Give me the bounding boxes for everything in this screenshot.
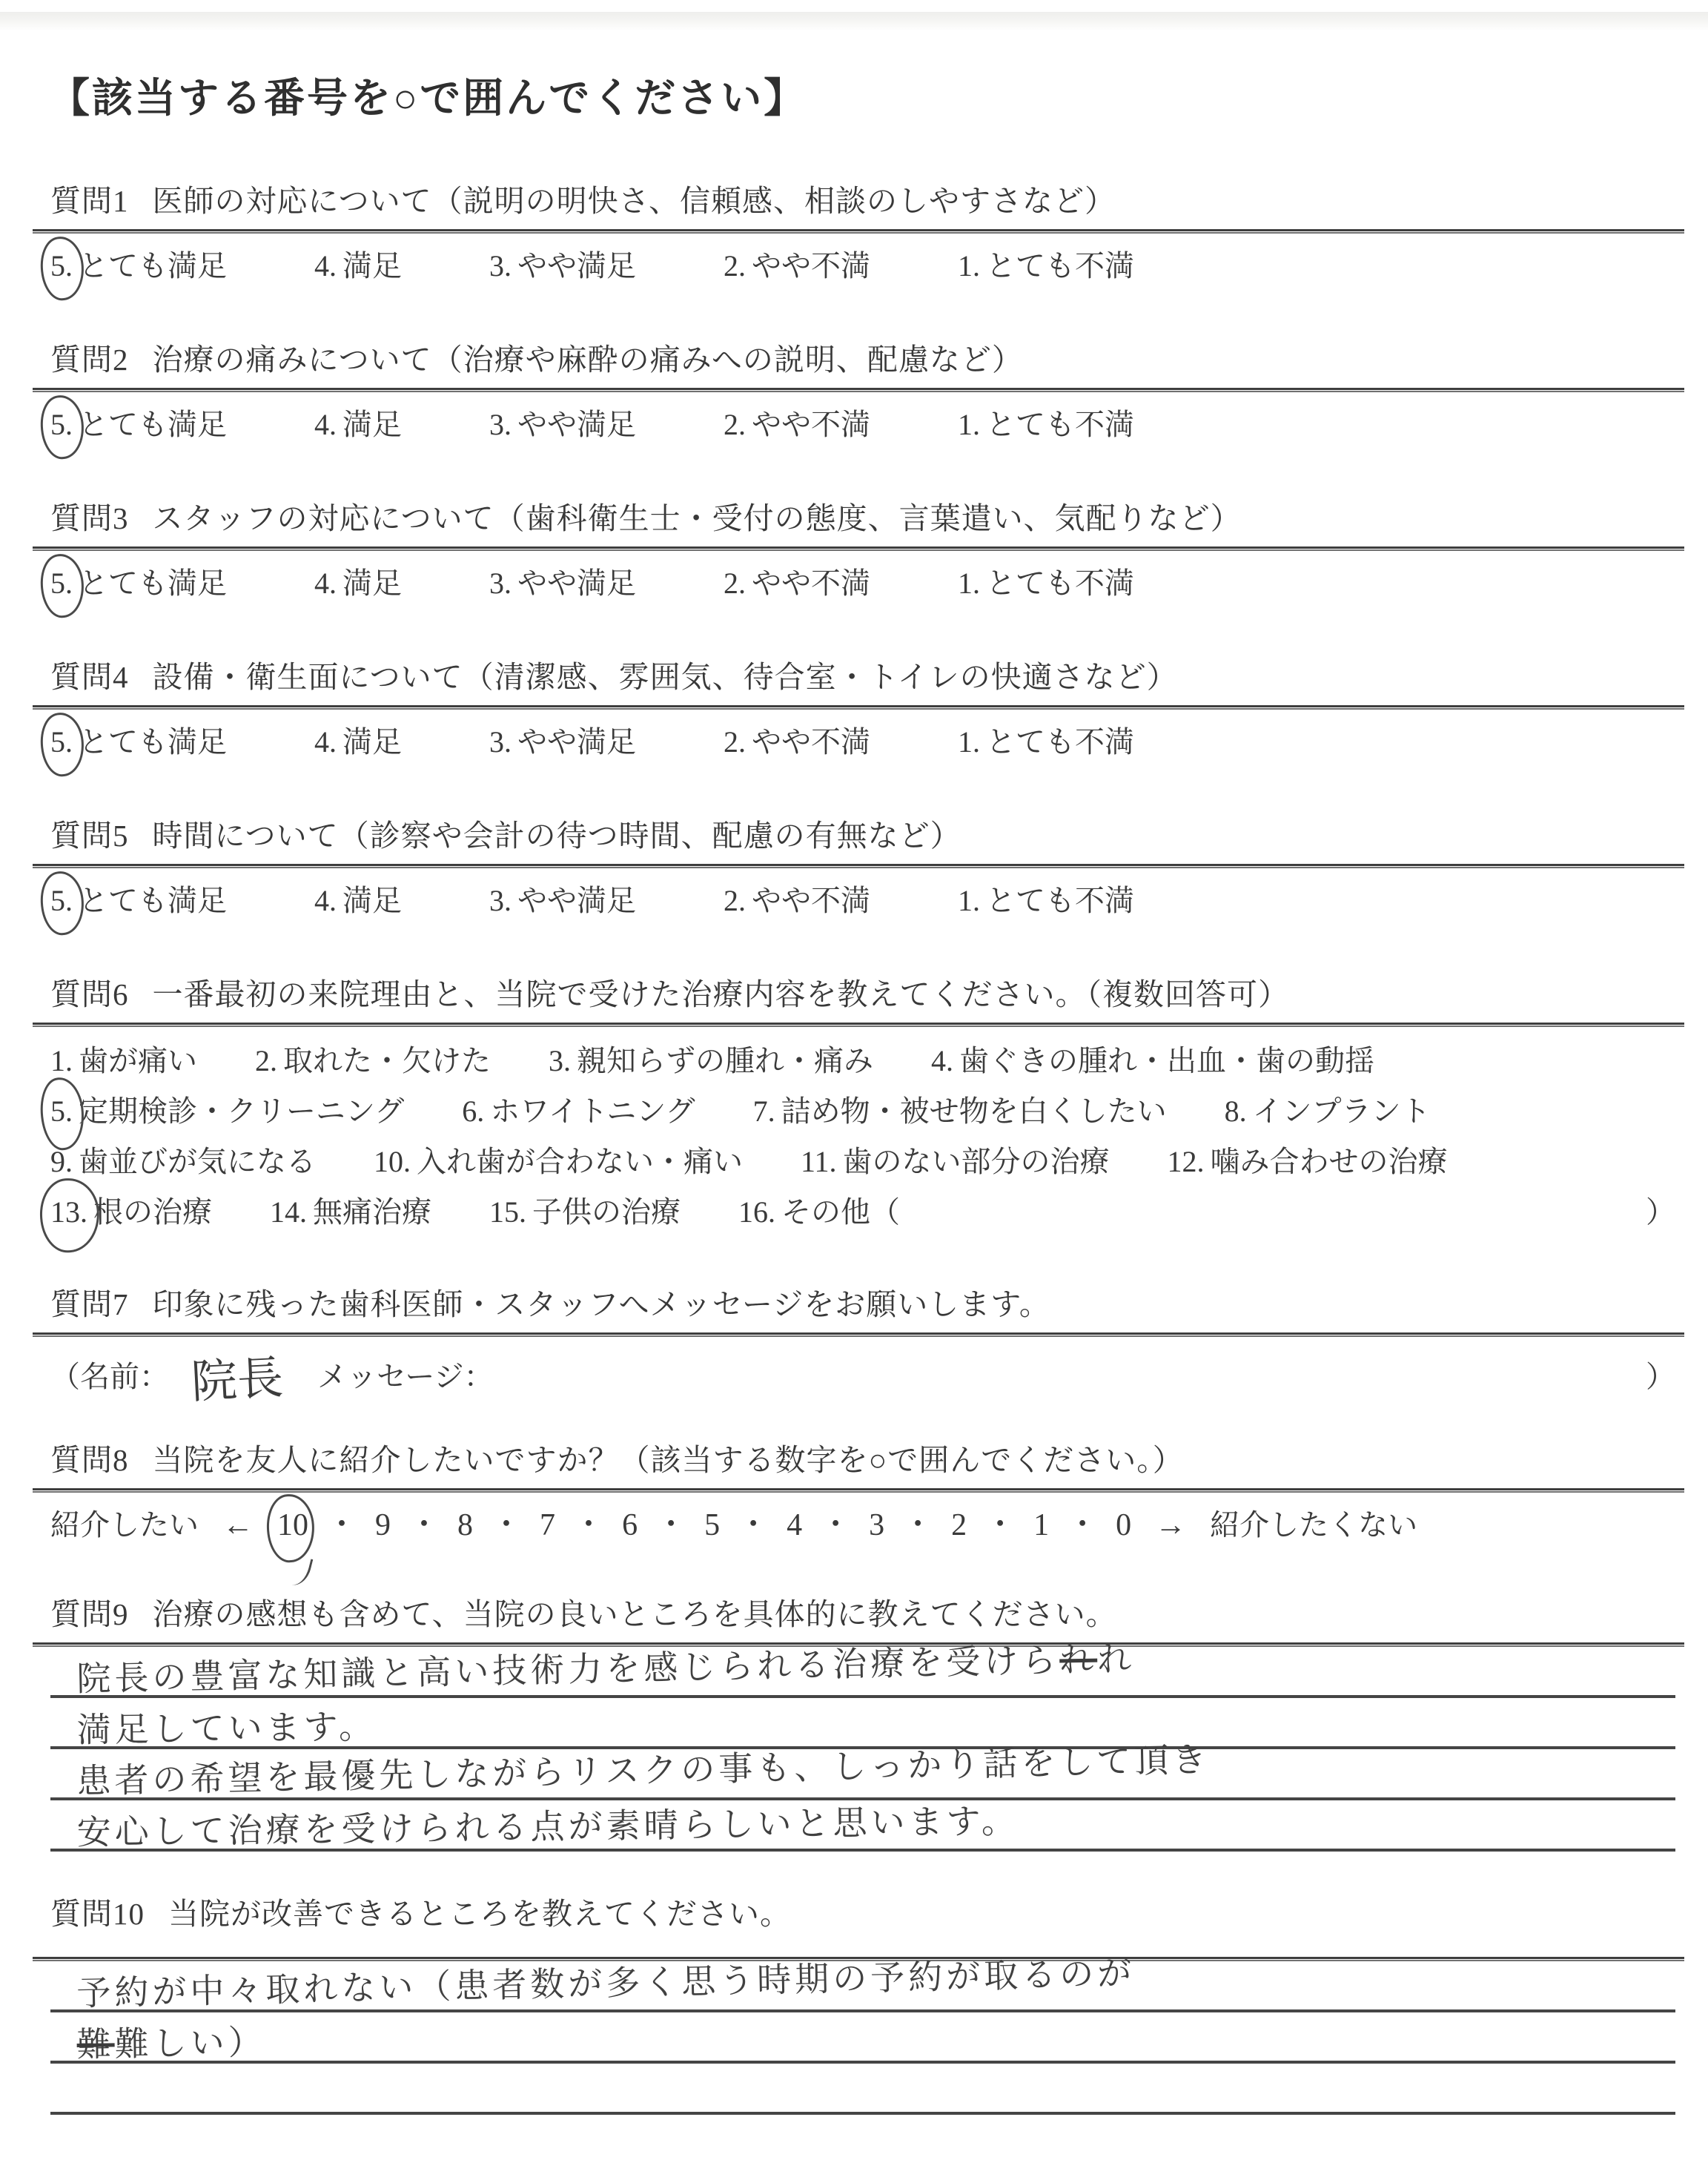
handwriting-text: 院長の豊富な知識と高い技術力を感じられる治療を受けら <box>76 1640 1060 1699</box>
option-label: とても不満 <box>986 880 1134 922</box>
handdrawn-circle-mark: 5. <box>50 721 79 763</box>
option-label: 根の治療 <box>93 1187 212 1238</box>
reason-options-row: 5.定期検診・クリーニング 6.ホワイトニング 7.詰め物・被せ物を白くしたい … <box>50 1086 1675 1137</box>
question-1: 質問1医師の対応について（説明の明快さ、信頼感、相談のしやすさなど） 5.とても… <box>50 180 1675 287</box>
nps-number: 8 <box>457 1503 473 1548</box>
option-number: 7. <box>753 1086 775 1137</box>
question-number: 質問2 <box>50 343 129 377</box>
handdrawn-circle-mark: 13. <box>50 1187 93 1238</box>
handdrawn-circle-mark: 10 <box>277 1503 308 1548</box>
handwriting-text: 予約が中々取れない（患者数が多く思う時期の予約が取るのが <box>76 1953 1136 2013</box>
rating-options-row: 5.とても満足 4.満足 3.やや満足 2.やや不満 1.とても不満 <box>50 404 1675 446</box>
option-number: 3. <box>489 721 512 763</box>
question-number: 質問9 <box>50 1597 129 1631</box>
option-number: 4. <box>314 404 337 446</box>
option-label: とても不満 <box>986 404 1134 446</box>
question-5: 質問5時間について（診察や会計の待つ時間、配慮の有無など） 5.とても満足 4.… <box>50 815 1675 922</box>
answer-line: 院長の豊富な知識と高い技術力を感じられる治療を受けられれ <box>50 1647 1675 1698</box>
question-number: 質問7 <box>50 1287 129 1321</box>
option-label: とても不満 <box>986 245 1134 287</box>
option-label: 満足 <box>342 245 402 287</box>
rating-option: 2.やや不満 <box>724 721 870 763</box>
question-header: 質問8当院を友人に紹介したいですか？（該当する数字を○で囲んでください。） <box>50 1439 1675 1481</box>
reason-option: 9.歯並びが気になる <box>50 1137 316 1187</box>
reason-option: 3.親知らずの腫れ・痛み <box>549 1036 873 1086</box>
option-number: 4. <box>931 1036 953 1086</box>
header-rule <box>33 388 1684 392</box>
rating-options-row: 5.とても満足 4.満足 3.やや満足 2.やや不満 1.とても不満 <box>50 880 1675 922</box>
rating-option: 1.とても不満 <box>958 245 1134 287</box>
rating-option: 5.とても満足 <box>50 404 227 446</box>
reason-option: 4.歯ぐきの腫れ・出血・歯の動揺 <box>931 1036 1374 1086</box>
crossed-out-text: れ <box>1059 1639 1098 1680</box>
nps-dot: ・ <box>326 1503 357 1548</box>
rating-option: 1.とても不満 <box>958 880 1134 922</box>
closing-paren: ） <box>1646 1353 1675 1401</box>
nps-dot: ・ <box>1067 1503 1098 1548</box>
option-number: 5. <box>50 567 73 600</box>
option-label: やや満足 <box>517 245 636 287</box>
option-number: 12. <box>1168 1137 1205 1187</box>
option-number: 1. <box>958 404 980 446</box>
rating-option: 4.満足 <box>314 563 402 604</box>
option-label: やや満足 <box>517 563 636 604</box>
question-header: 質問6一番最初の来院理由と、当院で受けた治療内容を教えてください。（複数回答可） <box>50 974 1675 1015</box>
option-number: 2. <box>724 721 746 763</box>
answer-line: 難難しい） <box>50 2012 1675 2064</box>
question-number: 質問6 <box>50 977 129 1011</box>
header-rule <box>33 864 1684 868</box>
question-9: 質問9治療の感想も含めて、当院の良いところを具体的に教えてください。 院長の豊富… <box>50 1593 1675 1852</box>
option-number: 5. <box>50 249 73 283</box>
option-number: 14. <box>270 1187 307 1238</box>
option-label: とても満足 <box>79 563 227 604</box>
handdrawn-circle-mark: 5. <box>50 563 79 604</box>
question-number: 質問1 <box>50 184 129 218</box>
question-number: 質問10 <box>50 1897 145 1931</box>
question-title: 治療の痛みについて（治療や麻酔の痛みへの説明、配慮など） <box>153 343 1023 377</box>
nps-dot: ・ <box>408 1503 440 1548</box>
header-rule <box>33 546 1684 551</box>
option-number: 4. <box>314 721 337 763</box>
question-title: 当院を友人に紹介したいですか？（該当する数字を○で囲んでください。） <box>153 1443 1184 1477</box>
header-rule <box>33 705 1684 710</box>
nps-dot: ・ <box>491 1503 522 1548</box>
header-rule <box>33 1488 1684 1493</box>
question-number: 質問5 <box>50 819 129 853</box>
scan-artifact-band <box>0 12 1708 31</box>
reason-option: 13.根の治療 <box>50 1187 212 1238</box>
nps-dot: ・ <box>573 1503 604 1548</box>
question-title: スタッフの対応について（歯科衛生士・受付の態度、言葉遣い、気配りなど） <box>153 501 1242 535</box>
reason-options-row: 13.根の治療 14.無痛治療 15.子供の治療 16.その他（ ） <box>50 1187 1675 1238</box>
handwriting-text: 難しい） <box>114 2022 266 2064</box>
question-title: 一番最初の来院理由と、当院で受けた治療内容を教えてください。（複数回答可） <box>153 977 1290 1011</box>
rating-option: 1.とても不満 <box>958 404 1134 446</box>
reason-option: 8.インプラント <box>1225 1086 1431 1137</box>
option-number: 2. <box>724 563 746 604</box>
option-number: 1. <box>958 880 980 922</box>
option-number: 1. <box>958 721 980 763</box>
rating-option: 4.満足 <box>314 721 402 763</box>
option-number: 5. <box>50 1094 73 1128</box>
nps-dot: ・ <box>984 1503 1016 1548</box>
option-label: とても不満 <box>986 721 1134 763</box>
reason-option: 2.取れた・欠けた <box>255 1036 491 1086</box>
question-header: 質問5時間について（診察や会計の待つ時間、配慮の有無など） <box>50 815 1675 856</box>
reason-option: 14.無痛治療 <box>270 1187 431 1238</box>
option-label: 入れ歯が合わない・痛い <box>417 1137 743 1187</box>
option-label: やや満足 <box>517 404 636 446</box>
option-label: 満足 <box>342 721 402 763</box>
rating-option: 4.満足 <box>314 880 402 922</box>
handwritten-answer-line: 難難しい） <box>76 2015 266 2067</box>
reason-option: 5.定期検診・クリーニング <box>50 1086 404 1137</box>
option-label: やや不満 <box>752 563 870 604</box>
nps-number: 3 <box>869 1503 884 1548</box>
reason-option: 16.その他（ <box>738 1187 900 1238</box>
reason-option: 10.入れ歯が合わない・痛い <box>374 1137 743 1187</box>
header-rule <box>33 229 1684 234</box>
option-label: とても満足 <box>79 404 227 446</box>
reason-option: 15.子供の治療 <box>489 1187 681 1238</box>
option-number: 6. <box>462 1086 484 1137</box>
question-title: 治療の感想も含めて、当院の良いところを具体的に教えてください。 <box>153 1597 1117 1631</box>
message-label: メッセージ： <box>317 1353 494 1401</box>
question-header: 質問2治療の痛みについて（治療や麻酔の痛みへの説明、配慮など） <box>50 339 1675 380</box>
option-label: やや不満 <box>752 404 870 446</box>
nps-number: 4 <box>787 1503 802 1548</box>
question-title: 時間について（診察や会計の待つ時間、配慮の有無など） <box>153 819 961 853</box>
option-number: 3. <box>489 880 512 922</box>
option-number: 3. <box>489 245 512 287</box>
rating-option: 5.とても満足 <box>50 563 227 604</box>
option-label: やや不満 <box>752 245 870 287</box>
handwriting-text: 患者の希望を最優先しながらリスクの事も、しっかり話をして頂き <box>76 1740 1211 1801</box>
question-header: 質問10当院が改善できるところを教えてください。 <box>50 1893 1675 1935</box>
rating-option: 4.満足 <box>314 404 402 446</box>
nps-scale-row: 紹介したい ← 10 ・ 9 ・ 8 ・ 7 ・ 6 ・ 5 ・ 4 ・ 3 ・… <box>50 1503 1675 1548</box>
handdrawn-circle-mark: 5. <box>50 404 79 446</box>
option-label: 歯のない部分の治療 <box>843 1137 1110 1187</box>
handwriting-text: 満足しています。 <box>76 1706 377 1750</box>
option-label: ホワイトニング <box>490 1086 695 1137</box>
option-number: 1. <box>958 563 980 604</box>
rating-option: 5.とても満足 <box>50 721 227 763</box>
nps-number: 1 <box>1033 1503 1049 1548</box>
rating-option: 1.とても不満 <box>958 563 1134 604</box>
header-rule <box>33 1023 1684 1027</box>
option-label: とても不満 <box>986 563 1134 604</box>
question-4: 質問4設備・衛生面について（清潔感、雰囲気、待合室・トイレの快適さなど） 5.と… <box>50 656 1675 763</box>
handdrawn-circle-mark: 5. <box>50 245 79 287</box>
closing-paren: ） <box>1646 1187 1675 1238</box>
option-label: やや満足 <box>517 721 636 763</box>
handwritten-answer-line: 満足しています。 <box>76 1700 377 1752</box>
option-number: 5. <box>50 725 73 759</box>
option-label: とても満足 <box>79 245 227 287</box>
question-number: 質問8 <box>50 1443 129 1477</box>
scanned-survey-page: 【該当する番号を○で囲んでください】 質問1医師の対応について（説明の明快さ、信… <box>0 0 1708 2160</box>
question-title: 当院が改善できるところを教えてください。 <box>168 1897 791 1931</box>
question-8: 質問8当院を友人に紹介したいですか？（該当する数字を○で囲んでください。） 紹介… <box>50 1439 1675 1548</box>
nps-number: 5 <box>704 1503 720 1548</box>
option-label: 詰め物・被せ物を白くしたい <box>781 1086 1167 1137</box>
option-number: 5. <box>50 884 73 917</box>
option-label: インプラント <box>1253 1086 1431 1137</box>
option-number: 5. <box>50 408 73 441</box>
option-label: 満足 <box>342 563 402 604</box>
left-arrow-icon: ← <box>222 1503 254 1548</box>
reason-options-row: 9.歯並びが気になる 10.入れ歯が合わない・痛い 11.歯のない部分の治療 1… <box>50 1137 1675 1187</box>
handwritten-name: 院長 <box>190 1354 284 1406</box>
rating-option: 1.とても不満 <box>958 721 1134 763</box>
rating-option: 2.やや不満 <box>724 404 870 446</box>
nps-number: 9 <box>375 1503 391 1548</box>
option-label: とても満足 <box>79 880 227 922</box>
option-number: 3. <box>489 404 512 446</box>
handwriting-text: 安心して治療を受けられる点が素晴らしいと思います。 <box>76 1800 1019 1852</box>
handdrawn-circle-mark: 5. <box>50 1086 79 1137</box>
nps-right-label: 紹介したくない <box>1210 1503 1417 1548</box>
reason-options-row: 1.歯が痛い 2.取れた・欠けた 3.親知らずの腫れ・痛み 4.歯ぐきの腫れ・出… <box>50 1036 1675 1086</box>
question-title: 医師の対応について（説明の明快さ、信頼感、相談のしやすさなど） <box>153 184 1116 218</box>
nps-dot: ・ <box>655 1503 686 1548</box>
option-label: 親知らずの腫れ・痛み <box>577 1036 873 1086</box>
rating-options-row: 5.とても満足 4.満足 3.やや満足 2.やや不満 1.とても不満 <box>50 721 1675 763</box>
handwritten-answer-line: 安心して治療を受けられる点が素晴らしいと思います。 <box>76 1794 1019 1855</box>
name-message-row: （名前： 院長 メッセージ： ） <box>50 1347 1675 1401</box>
question-number: 質問3 <box>50 501 129 535</box>
nps-left-label: 紹介したい <box>50 1503 199 1548</box>
rating-option: 3.やや満足 <box>489 245 636 287</box>
option-number: 1. <box>958 245 980 287</box>
option-label: 歯が痛い <box>79 1036 197 1086</box>
option-number: 2. <box>724 245 746 287</box>
option-number: 15. <box>489 1187 526 1238</box>
nps-number: 0 <box>1116 1503 1131 1548</box>
question-header: 質問7印象に残った歯科医師・スタッフへメッセージをお願いします。 <box>50 1284 1675 1325</box>
option-number: 2. <box>255 1036 277 1086</box>
reason-option: 1.歯が痛い <box>50 1036 197 1086</box>
handdrawn-circle-mark: 5. <box>50 880 79 922</box>
option-number: 2. <box>724 404 746 446</box>
rating-option: 5.とても満足 <box>50 245 227 287</box>
option-number: 11. <box>801 1137 837 1187</box>
option-label: 定期検診・クリーニング <box>79 1086 404 1137</box>
rating-option: 2.やや不満 <box>724 563 870 604</box>
option-label: やや不満 <box>752 880 870 922</box>
header-rule <box>33 1332 1684 1337</box>
answer-line: 予約が中々取れない（患者数が多く思う時期の予約が取るのが <box>50 1961 1675 2012</box>
option-number: 3. <box>489 563 512 604</box>
option-number: 4. <box>314 563 337 604</box>
question-header: 質問3スタッフの対応について（歯科衛生士・受付の態度、言葉遣い、気配りなど） <box>50 498 1675 539</box>
reason-option: 11.歯のない部分の治療 <box>801 1137 1110 1187</box>
question-number: 質問4 <box>50 660 129 694</box>
question-title: 印象に残った歯科医師・スタッフへメッセージをお願いします。 <box>153 1287 1050 1321</box>
nps-dot: ・ <box>902 1503 933 1548</box>
handwriting-text: れ <box>1097 1639 1136 1680</box>
reason-option: 12.噛み合わせの治療 <box>1168 1137 1448 1187</box>
option-number: 13. <box>50 1195 87 1229</box>
option-label: 歯並びが気になる <box>79 1137 316 1187</box>
option-label: 噛み合わせの治療 <box>1211 1137 1448 1187</box>
option-number: 3. <box>549 1036 571 1086</box>
rating-option: 3.やや満足 <box>489 721 636 763</box>
rating-option: 3.やや満足 <box>489 404 636 446</box>
nps-dot: ・ <box>820 1503 851 1548</box>
question-2: 質問2治療の痛みについて（治療や麻酔の痛みへの説明、配慮など） 5.とても満足 … <box>50 339 1675 446</box>
option-label: とても満足 <box>79 721 227 763</box>
option-number: 10. <box>374 1137 411 1187</box>
rating-option: 2.やや不満 <box>724 245 870 287</box>
question-10: 質問10当院が改善できるところを教えてください。 予約が中々取れない（患者数が多… <box>50 1893 1675 2160</box>
option-label: やや満足 <box>517 880 636 922</box>
option-label: 満足 <box>342 404 402 446</box>
nps-number: 2 <box>951 1503 967 1548</box>
question-title: 設備・衛生面について（清潔感、雰囲気、待合室・トイレの快適さなど） <box>153 660 1178 694</box>
rating-option: 3.やや満足 <box>489 563 636 604</box>
name-label: （名前： <box>50 1353 169 1401</box>
answer-line-empty <box>50 2115 1675 2160</box>
answer-line: 患者の希望を最優先しながらリスクの事も、しっかり話をして頂き <box>50 1749 1675 1800</box>
nps-dot: ・ <box>738 1503 769 1548</box>
reason-option: 6.ホワイトニング <box>462 1086 695 1137</box>
answer-line: 安心して治療を受けられる点が素晴らしいと思います。 <box>50 1800 1675 1852</box>
option-label: その他（ <box>781 1187 900 1238</box>
answer-line-empty <box>50 2064 1675 2115</box>
question-header: 質問9治療の感想も含めて、当院の良いところを具体的に教えてください。 <box>50 1593 1675 1635</box>
rating-options-row: 5.とても満足 4.満足 3.やや満足 2.やや不満 1.とても不満 <box>50 563 1675 604</box>
option-number: 4. <box>314 880 337 922</box>
question-3: 質問3スタッフの対応について（歯科衛生士・受付の態度、言葉遣い、気配りなど） 5… <box>50 498 1675 604</box>
question-7: 質問7印象に残った歯科医師・スタッフへメッセージをお願いします。 （名前： 院長… <box>50 1284 1675 1401</box>
option-label: 取れた・欠けた <box>283 1036 491 1086</box>
nps-number: 6 <box>622 1503 638 1548</box>
option-label: やや不満 <box>752 721 870 763</box>
option-number: 4. <box>314 245 337 287</box>
question-6: 質問6一番最初の来院理由と、当院で受けた治療内容を教えてください。（複数回答可）… <box>50 974 1675 1238</box>
rating-option: 4.満足 <box>314 245 402 287</box>
option-label: 子供の治療 <box>532 1187 681 1238</box>
rating-option: 3.やや満足 <box>489 880 636 922</box>
option-number: 2. <box>724 880 746 922</box>
nps-number: 10 <box>277 1508 308 1542</box>
option-number: 8. <box>1225 1086 1247 1137</box>
question-header: 質問1医師の対応について（説明の明快さ、信頼感、相談のしやすさなど） <box>50 180 1675 222</box>
right-arrow-icon: → <box>1155 1503 1186 1548</box>
crossed-out-text: 難 <box>76 2024 115 2064</box>
rating-option: 5.とても満足 <box>50 880 227 922</box>
reason-option: 7.詰め物・被せ物を白くしたい <box>753 1086 1167 1137</box>
nps-number: 7 <box>540 1503 555 1548</box>
rating-option: 2.やや不満 <box>724 880 870 922</box>
rating-options-row: 5.とても満足 4.満足 3.やや満足 2.やや不満 1.とても不満 <box>50 245 1675 287</box>
question-header: 質問4設備・衛生面について（清潔感、雰囲気、待合室・トイレの快適さなど） <box>50 656 1675 698</box>
option-label: 歯ぐきの腫れ・出血・歯の動揺 <box>959 1036 1374 1086</box>
option-label: 満足 <box>342 880 402 922</box>
option-label: 無痛治療 <box>313 1187 431 1238</box>
option-number: 16. <box>738 1187 775 1238</box>
